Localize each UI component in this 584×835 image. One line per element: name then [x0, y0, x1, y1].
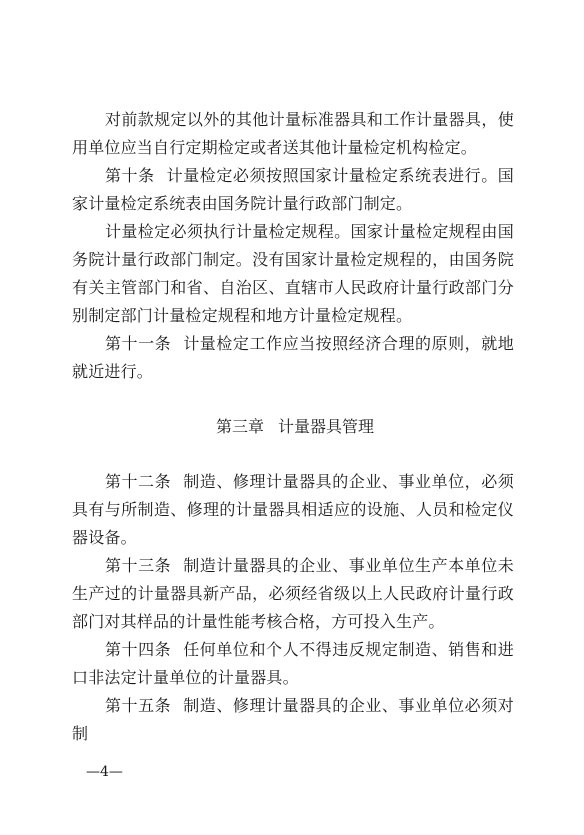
paragraph: 计量检定必须执行计量检定规程。国家计量检定规程由国务院计量行政部门制定。没有国家… — [72, 218, 514, 330]
paragraph-text: 计量检定必须执行计量检定规程。国家计量检定规程由国务院计量行政部门制定。没有国家… — [72, 222, 514, 325]
page-number: —4— — [86, 764, 123, 780]
article-number: 第十五条 — [105, 696, 171, 715]
article-13: 第十三条制造计量器具的企业、事业单位生产本单位未生产过的计量器具新产品，必须经省… — [72, 552, 514, 636]
article-number: 第十一条 — [105, 334, 171, 353]
article-number: 第十三条 — [105, 556, 171, 575]
article-15: 第十五条制造、修理计量器具的企业、事业单位必须对制 — [72, 692, 514, 748]
article-12: 第十二条制造、修理计量器具的企业、事业单位，必须具有与所制造、修理的计量器具相适… — [72, 468, 514, 552]
chapter-number: 第三章 — [216, 417, 264, 436]
chapter-heading: 第三章计量器具管理 — [72, 413, 514, 441]
paragraph: 对前款规定以外的其他计量标准器具和工作计量器具，使用单位应当自行定期检定或者送其… — [72, 106, 514, 162]
article-number: 第十二条 — [105, 472, 171, 491]
article-number: 第十条 — [105, 166, 155, 185]
article-number: 第十四条 — [105, 640, 171, 659]
article-10: 第十条计量检定必须按照国家计量检定系统表进行。国家计量检定系统表由国务院计量行政… — [72, 162, 514, 218]
paragraph-text: 对前款规定以外的其他计量标准器具和工作计量器具，使用单位应当自行定期检定或者送其… — [72, 110, 514, 157]
chapter-title: 计量器具管理 — [278, 417, 374, 436]
article-14: 第十四条任何单位和个人不得违反规定制造、销售和进口非法定计量单位的计量器具。 — [72, 636, 514, 692]
article-11: 第十一条计量检定工作应当按照经济合理的原则，就地就近进行。 — [72, 330, 514, 386]
document-page: 对前款规定以外的其他计量标准器具和工作计量器具，使用单位应当自行定期检定或者送其… — [72, 106, 514, 748]
